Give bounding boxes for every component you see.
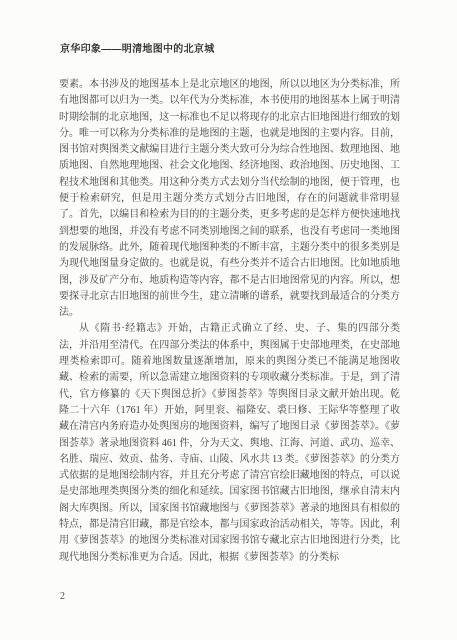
- paragraph: 要素。本书涉及的地图基本上是北京地区的地图，所以以地区为分类标准，所有地图都可以…: [59, 77, 400, 321]
- paragraph: 从《隋书·经籍志》开始，古籍正式确立了经、史、子、集的四部分类法，并沿用至清代。…: [59, 321, 400, 565]
- book-page: 京华印象——明清地图中的北京城 要素。本书涉及的地图基本上是北京地区的地图，所以…: [0, 0, 457, 640]
- body-text: 要素。本书涉及的地图基本上是北京地区的地图，所以以地区为分类标准，所有地图都可以…: [59, 77, 400, 566]
- running-header: 京华印象——明清地图中的北京城: [60, 40, 400, 55]
- page-number: 2: [60, 591, 65, 602]
